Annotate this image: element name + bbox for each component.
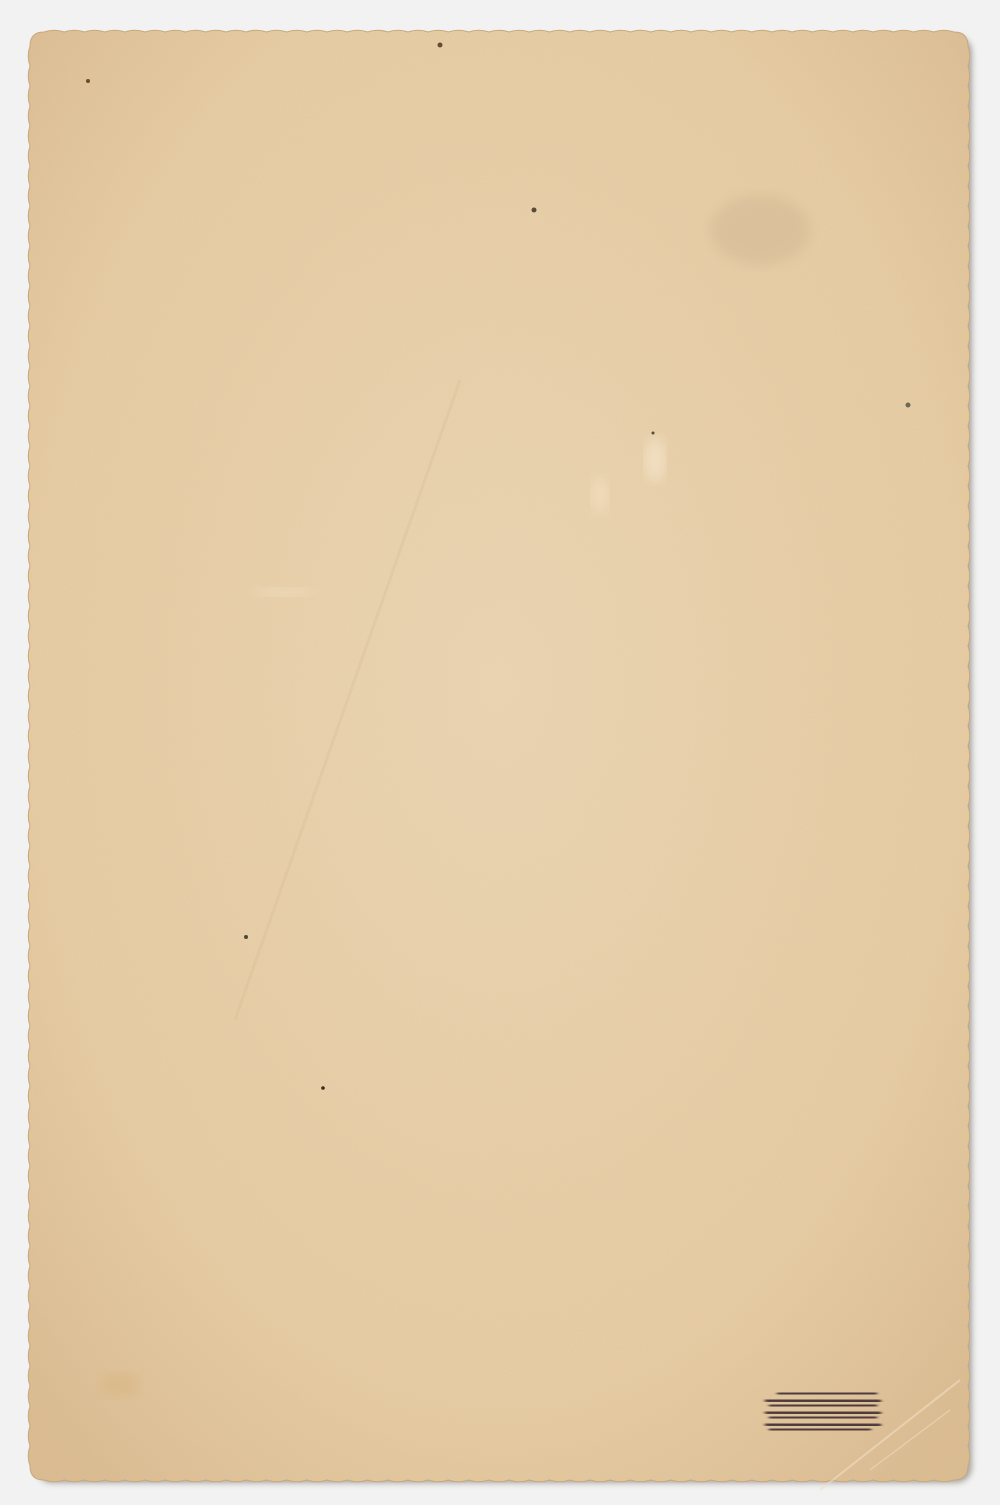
dust-speck [244,935,248,939]
dust-speck [438,43,443,48]
stain-mark [710,195,810,265]
dust-speck [652,432,655,435]
stain-mark [592,477,608,513]
dust-speck [532,208,537,213]
dust-speck [86,79,90,83]
stain-mark [100,1373,140,1397]
cabinet-card-back [0,0,1000,1505]
dust-speck [321,1086,325,1090]
scanned-card-scene [0,0,1000,1505]
stain-mark [255,588,315,596]
ink-scribble-mark [768,1393,878,1430]
dust-speck [906,403,911,408]
stain-mark [645,438,665,482]
paper-grain-texture [28,30,970,1482]
